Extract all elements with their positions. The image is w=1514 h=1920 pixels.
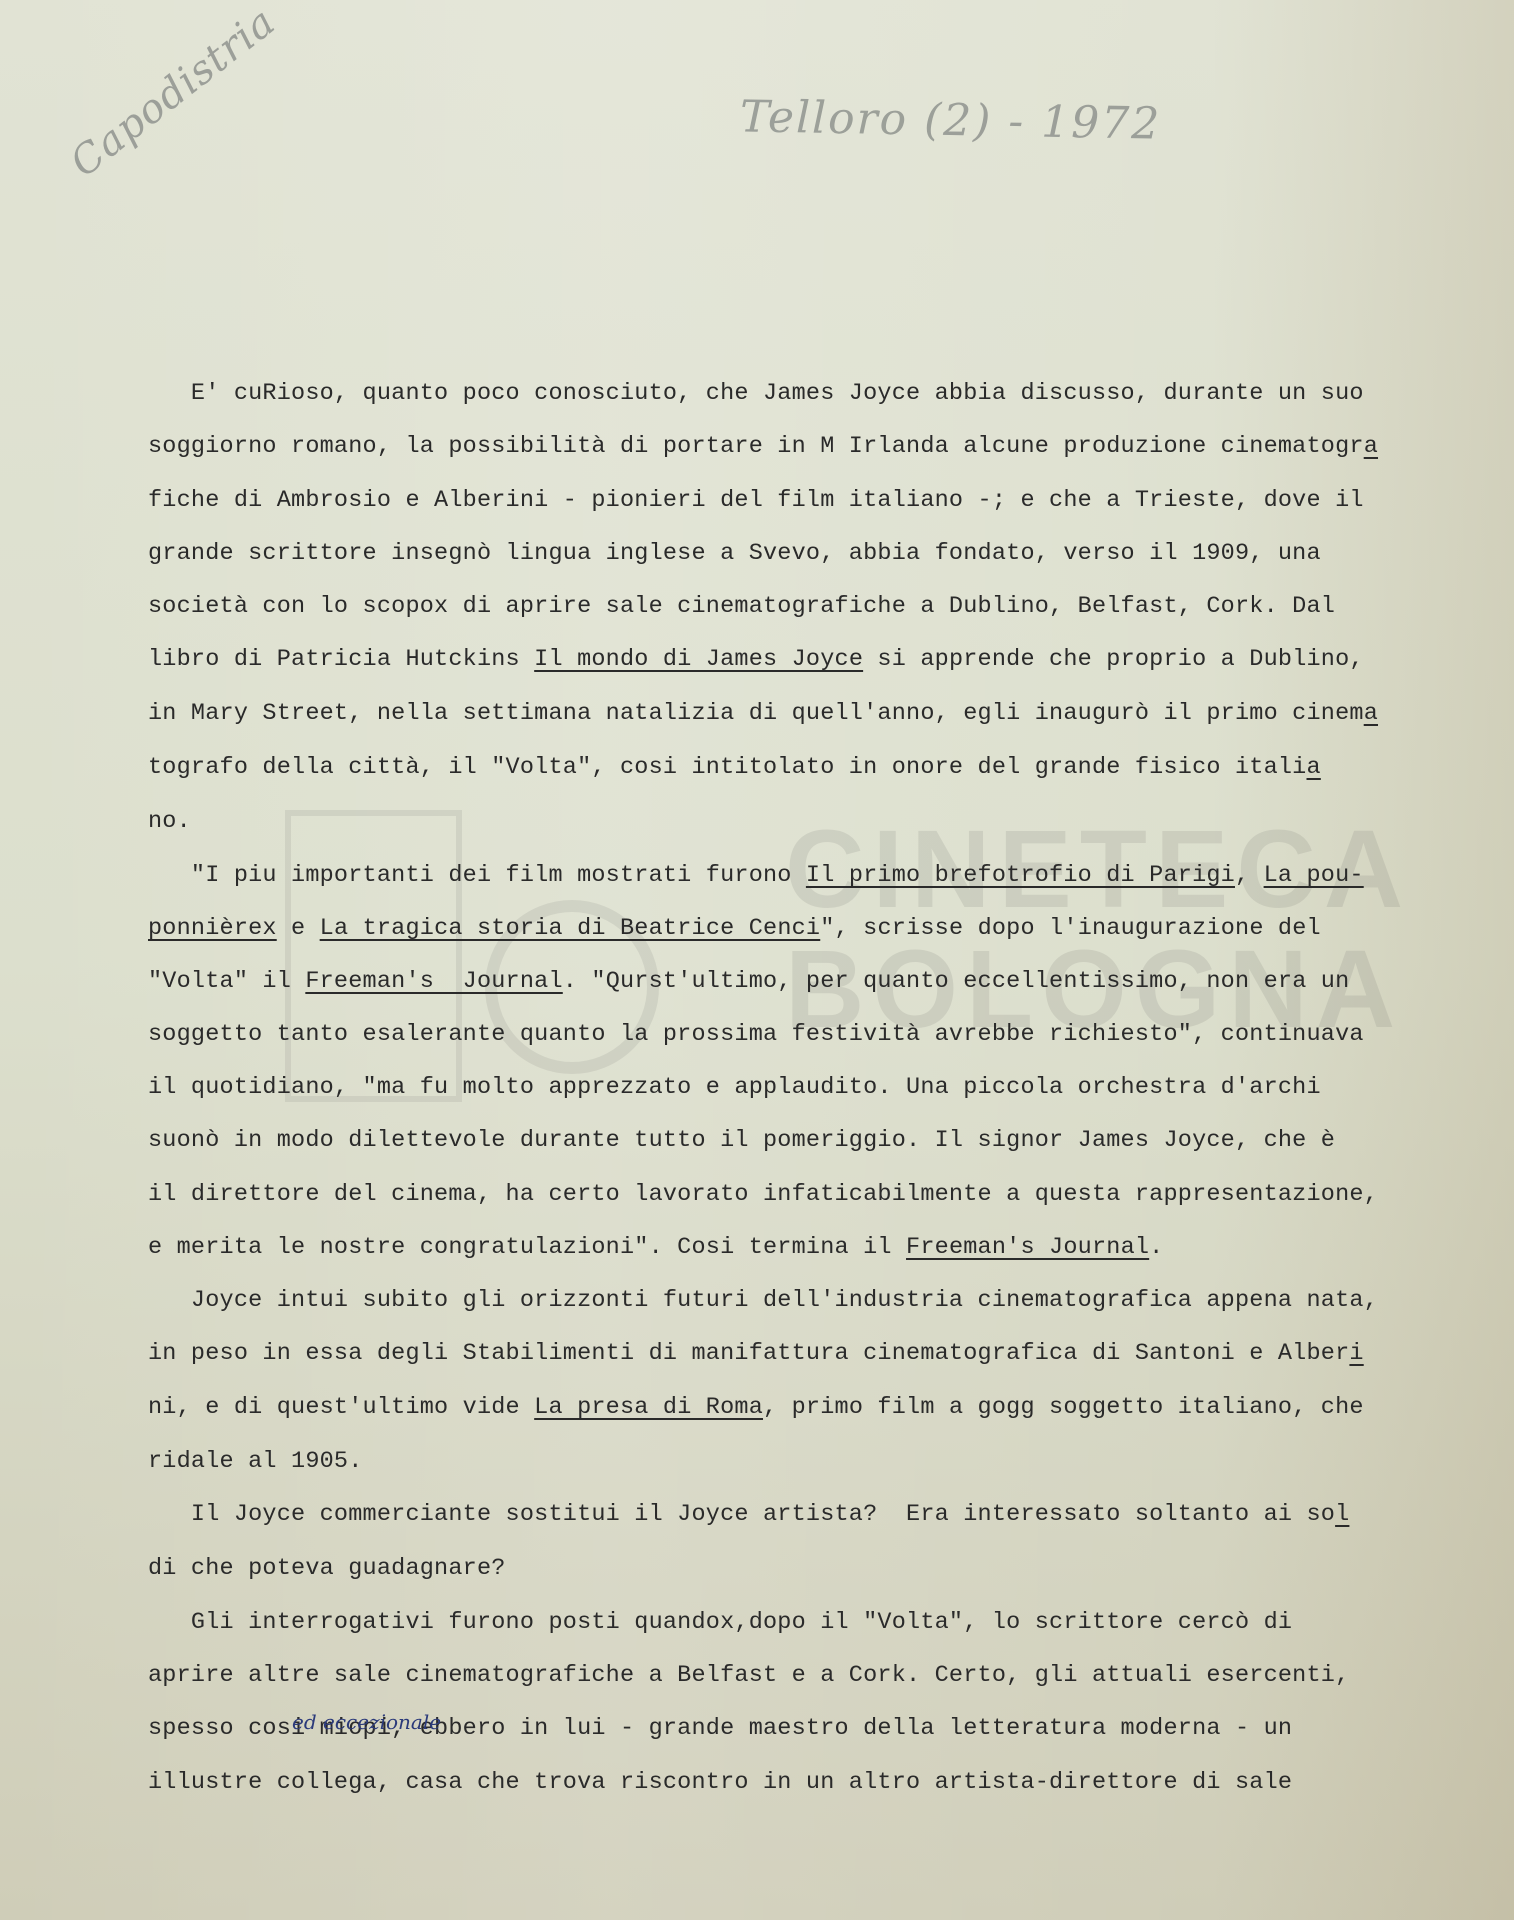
- underlined-title: La presa di Roma: [534, 1394, 763, 1421]
- text-line: soggiorno romano, la possibilità di port…: [148, 433, 1378, 460]
- text-segment: , primo film a gogg soggetto italiano, c…: [763, 1394, 1364, 1421]
- text-line: il quotidiano, "ma fu molto apprezzato e…: [148, 1074, 1321, 1101]
- text-line: società con lo scopox di aprire sale cin…: [148, 593, 1335, 620]
- watermark-frame: [285, 810, 462, 1102]
- text-line: in Mary Street, nella settimana natalizi…: [148, 700, 1378, 727]
- text-segment: "I piu importanti dei film mostrati furo…: [148, 862, 806, 889]
- text-line: ridale al 1905.: [148, 1448, 363, 1475]
- text-segment: ,: [1235, 862, 1264, 889]
- text-segment: suonò in modo dilettevole durante tutto …: [148, 1127, 1335, 1154]
- text-line: in peso in essa degli Stabilimenti di ma…: [148, 1340, 1364, 1367]
- text-line: "I piu importanti dei film mostrati furo…: [148, 862, 1364, 889]
- text-segment: ni, e di quest'ultimo vide: [148, 1394, 534, 1421]
- text-line: soggetto tanto esalerante quanto la pros…: [148, 1021, 1364, 1048]
- text-line: E' cuRioso, quanto poco conosciuto, che …: [148, 380, 1364, 407]
- underlined-title: La tragica storia di Beatrice Cenci: [320, 915, 821, 942]
- text-segment: soggetto tanto esalerante quanto la pros…: [148, 1021, 1364, 1048]
- text-segment: E' cuRioso, quanto poco conosciuto, che …: [148, 380, 1364, 407]
- text-segment: "Volta" il: [148, 968, 305, 995]
- text-segment: libro di Patricia Hutckins: [148, 646, 534, 673]
- text-segment: fiche di Ambrosio e Alberini - pionieri …: [148, 487, 1364, 514]
- text-segment: no.: [148, 808, 191, 835]
- underlined-title: i: [1349, 1340, 1363, 1367]
- underlined-title: a: [1364, 700, 1378, 727]
- text-line: e merita le nostre congratulazioni". Cos…: [148, 1234, 1163, 1261]
- text-segment: in Mary Street, nella settimana natalizi…: [148, 700, 1364, 727]
- text-line: suonò in modo dilettevole durante tutto …: [148, 1127, 1335, 1154]
- underlined-title: Il mondo di James Joyce: [534, 646, 863, 673]
- text-segment: illustre collega, casa che trova riscont…: [148, 1769, 1292, 1796]
- underlined-title: a: [1307, 754, 1321, 781]
- text-segment: Joyce intui subito gli orizzonti futuri …: [148, 1287, 1378, 1314]
- text-line: Gli interrogativi furono posti quandox,d…: [148, 1609, 1292, 1636]
- text-segment: ", scrisse dopo l'inaugurazione del: [820, 915, 1321, 942]
- handwritten-insertion: ed eccezionale: [292, 1710, 441, 1734]
- text-line: tografo della città, il "Volta", cosi in…: [148, 754, 1321, 781]
- underlined-title: l: [1335, 1501, 1349, 1528]
- text-segment: grande scrittore insegnò lingua inglese …: [148, 540, 1321, 567]
- text-line: grande scrittore insegnò lingua inglese …: [148, 540, 1321, 567]
- text-segment: Gli interrogativi furono posti quandox,d…: [148, 1609, 1292, 1636]
- text-segment: e merita le nostre congratulazioni". Cos…: [148, 1234, 906, 1261]
- text-segment: il direttore del cinema, ha certo lavora…: [148, 1181, 1378, 1208]
- underlined-title: ponnièrex: [148, 915, 277, 942]
- text-segment: . "Qurst'ultimo, per quanto eccellentiss…: [563, 968, 1350, 995]
- text-line: libro di Patricia Hutckins Il mondo di J…: [148, 646, 1364, 673]
- text-segment: ridale al 1905.: [148, 1448, 363, 1475]
- underlined-title: La pou-: [1264, 862, 1364, 889]
- text-line: di che poteva guadagnare?: [148, 1555, 506, 1582]
- text-segment: il quotidiano, "ma fu molto apprezzato e…: [148, 1074, 1321, 1101]
- text-segment: soggiorno romano, la possibilità di port…: [148, 433, 1364, 460]
- text-segment: di che poteva guadagnare?: [148, 1555, 506, 1582]
- handwritten-margin-note: Capodistria: [62, 0, 284, 186]
- text-line: illustre collega, casa che trova riscont…: [148, 1769, 1292, 1796]
- text-segment: .: [1149, 1234, 1163, 1261]
- underlined-title: Freeman's Journal: [906, 1234, 1149, 1261]
- text-segment: società con lo scopox di aprire sale cin…: [148, 593, 1335, 620]
- document-page: Capodistria Telloro (2) - 1972 CINETECA …: [0, 0, 1514, 1920]
- underlined-title: a: [1364, 433, 1378, 460]
- underlined-title: Freeman's Journal: [305, 968, 562, 995]
- text-segment: aprire altre sale cinematografiche a Bel…: [148, 1662, 1349, 1689]
- text-segment: si apprende che proprio a Dublino,: [863, 646, 1364, 673]
- text-line: Joyce intui subito gli orizzonti futuri …: [148, 1287, 1378, 1314]
- text-line: no.: [148, 808, 191, 835]
- text-segment: e: [277, 915, 320, 942]
- text-line: aprire altre sale cinematografiche a Bel…: [148, 1662, 1349, 1689]
- text-line: il direttore del cinema, ha certo lavora…: [148, 1181, 1378, 1208]
- text-segment: in peso in essa degli Stabilimenti di ma…: [148, 1340, 1349, 1367]
- text-line: Il Joyce commerciante sostitui il Joyce …: [148, 1501, 1349, 1528]
- text-line: "Volta" il Freeman's Journal. "Qurst'ult…: [148, 968, 1349, 995]
- underlined-title: Il primo brefotrofio di Parigi: [806, 862, 1235, 889]
- handwritten-header-note: Telloro (2) - 1972: [740, 91, 1162, 149]
- watermark: CINETECA BOLOGNA: [285, 810, 1185, 1090]
- text-line: fiche di Ambrosio e Alberini - pionieri …: [148, 487, 1364, 514]
- text-segment: Il Joyce commerciante sostitui il Joyce …: [148, 1501, 1335, 1528]
- text-line: ponnièrex e La tragica storia di Beatric…: [148, 915, 1321, 942]
- text-segment: tografo della città, il "Volta", cosi in…: [148, 754, 1307, 781]
- text-line: ni, e di quest'ultimo vide La presa di R…: [148, 1394, 1364, 1421]
